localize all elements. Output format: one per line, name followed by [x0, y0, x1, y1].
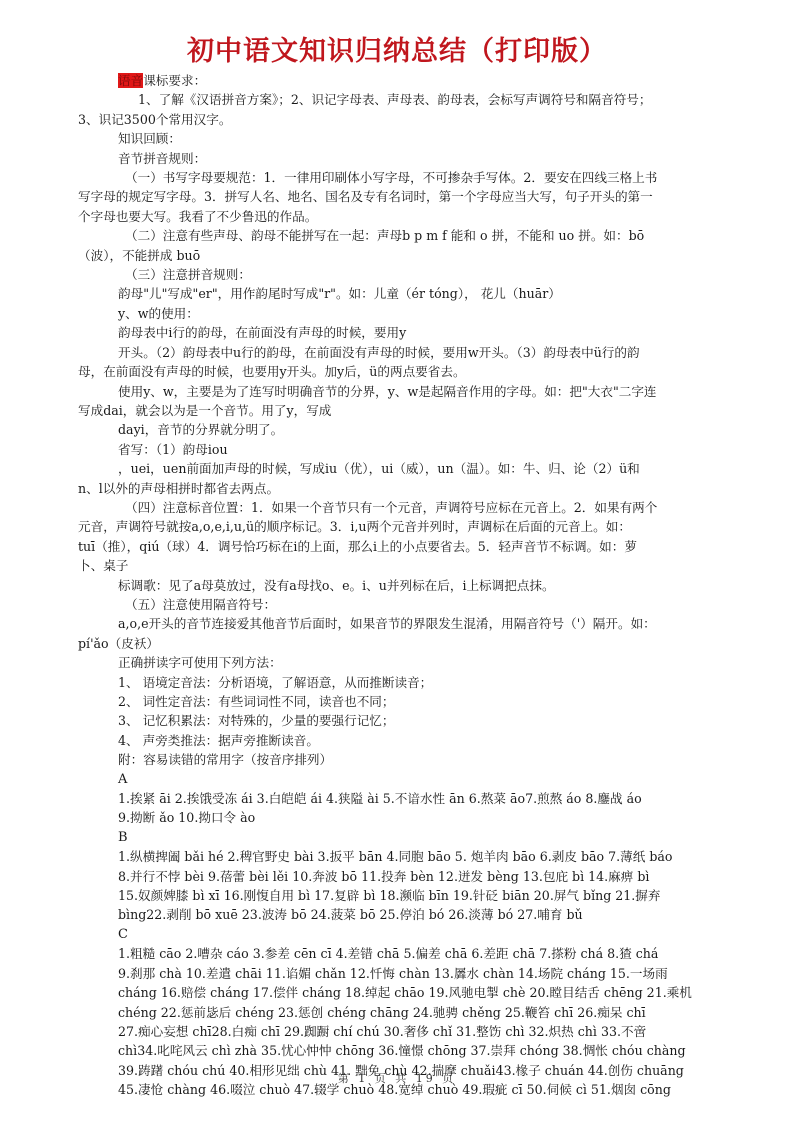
rule3-line: 韵母"儿"写成"er"，用作韵尾时写成"r"。如：儿童（ér tóng）， 花儿…: [78, 284, 720, 303]
rule1-line: （一）书写字母要规范：1．一律用印刷体小写字母，不可掺杂手写体。2．要安在四线三…: [78, 168, 720, 187]
rule2-line: （二）注意有些声母、韵母不能拼写在一起：声母b p m f 能和 o 拼，不能和…: [78, 226, 720, 245]
rule3-heading: （三）注意拼音规则：: [78, 265, 720, 284]
group-letter-a: A: [78, 770, 720, 789]
group-letter-c: C: [78, 925, 720, 944]
requirement-line: 3、识记3500个常用汉字。: [78, 110, 720, 129]
rule3-line: y、w的使用：: [78, 304, 720, 323]
rule1-line: 个字母也要大写。我看了不少鲁迅的作品。: [78, 207, 720, 226]
method-item: 4、 声旁类推法：据声旁推断读音。: [78, 731, 720, 750]
rule4-line: 标调歌：见了a母莫放过，没有a母找o、e。i、u并列标在后，i上标调把点抹。: [78, 576, 720, 595]
word-list-line: bìng22.剥削 bō xuē 23.波涛 bō 24.菠菜 bō 25.停泊…: [78, 905, 720, 924]
method-item: 2、 词性定音法：有些词词性不同，读音也不同；: [78, 692, 720, 711]
word-list-line: 8.并行不悖 bèi 9.蓓蕾 bèi lěi 10.奔波 bō 11.投奔 b…: [78, 867, 720, 886]
word-list-line: 9.拗断 ǎo 10.拗口令 ào: [78, 808, 720, 827]
rule4-line: （四）注意标音位置：1．如果一个音节只有一个元音，声调符号应标在元音上。2．如果…: [78, 498, 720, 517]
word-list-line: 1.纵横捭阖 bǎi hé 2.稗官野史 bài 3.扳平 bān 4.同胞 b…: [78, 847, 720, 866]
appendix-heading: 附：容易读错的常用字（按音序排列）: [78, 750, 720, 769]
page-footer: 第 1 页 共 19 页: [0, 1070, 794, 1086]
rule3-line: 使用y、w，主要是为了连写时明确音节的分界，y、w是起隔音作用的字母。如：把"大…: [78, 382, 720, 401]
word-list-line: chì34.叱咤风云 chì zhà 35.忧心忡忡 chōng 36.憧憬 c…: [78, 1041, 720, 1060]
rule3-line: ，uei，uen前面加声母的时候，写成iu（优），ui（威），un（温）。如：牛…: [78, 459, 720, 478]
group-letter-b: B: [78, 828, 720, 847]
review-heading: 知识回顾：: [78, 129, 720, 148]
rule5-heading: （五）注意使用隔音符号：: [78, 595, 720, 614]
word-list-line: 15.奴颜婢膝 bì xī 16.刚愎自用 bì 17.复辟 bì 18.濒临 …: [78, 886, 720, 905]
rule4-line: tuī（推），qiú（球）4．调号恰巧标在i的上面，那么i上的小点要省去。5．轻…: [78, 537, 720, 556]
rule4-line: 元音，声调符号就按a,o,e,i,u,ü的顺序标记。3．i,u两个元音并列时，声…: [78, 517, 720, 536]
section-tag-highlight: 语音: [118, 73, 143, 88]
method-item: 3、 记忆积累法：对特殊的，少量的要强行记忆；: [78, 711, 720, 730]
word-list-line: 27.痴心妄想 chī28.白痴 chī 29.踟蹰 chí chú 30.奢侈…: [78, 1022, 720, 1041]
rule3-line: 母，在前面没有声母的时候，也要用y开头。加y后，ü的两点要省去。: [78, 362, 720, 381]
rules-heading: 音节拼音规则：: [78, 149, 720, 168]
document-body: 语音课标要求： 1、了解《汉语拼音方案》；2、识记字母表、声母表、韵母表，会标写…: [78, 71, 720, 1100]
rule3-line: n、l以外的声母相拼时都省去两点。: [78, 479, 720, 498]
document-title: 初中语文知识归纳总结（打印版）: [0, 34, 794, 70]
rule5-line: a,o,e开头的音节连接爱其他音节后面时，如果音节的界限发生混淆，用隔音符号（'…: [78, 614, 720, 633]
word-list-line: cháng 16.赔偿 cháng 17.偿伴 cháng 18.绰起 chāo…: [78, 983, 720, 1002]
rule3-line: 韵母表中i行的韵母，在前面没有声母的时候，要用y: [78, 323, 720, 342]
word-list-line: 1.粗糙 cāo 2.嘈杂 cáo 3.参差 cēn cī 4.差错 chā 5…: [78, 944, 720, 963]
word-list-line: chéng 22.惩前毖后 chéng 23.惩创 chéng chāng 24…: [78, 1003, 720, 1022]
section-heading: 课标要求：: [143, 73, 206, 88]
methods-heading: 正确拼读字可使用下列方法：: [78, 653, 720, 672]
rule5-line: pí'ǎo（皮袄）: [78, 634, 720, 653]
rule2-line: （波），不能拼成 buō: [78, 246, 720, 265]
method-item: 1、 语境定音法：分析语境，了解语意，从而推断读音；: [78, 673, 720, 692]
rule3-line: 写成dai，就会以为是一个音节。用了y，写成: [78, 401, 720, 420]
word-list-line: 9.刹那 chà 10.差遣 chāi 11.谄媚 chǎn 12.忏悔 chà…: [78, 964, 720, 983]
rule1-line: 写字母的规定写字母。3．拼写人名、地名、国名及专有名词时，第一个字母应当大写，句…: [78, 187, 720, 206]
section-heading-line: 语音课标要求：: [78, 71, 720, 90]
word-list-line: 1.挨紧 āi 2.挨饿受冻 ái 3.白皑皑 ái 4.狭隘 ài 5.不谙水…: [78, 789, 720, 808]
requirement-line: 1、了解《汉语拼音方案》；2、识记字母表、声母表、韵母表，会标写声调符号和隔音符…: [78, 90, 720, 109]
rule3-line: dayi，音节的分界就分明了。: [78, 420, 720, 439]
rule4-line: 卜、桌子: [78, 556, 720, 575]
rule3-line: 开头。（2）韵母表中u行的韵母，在前面没有声母的时候，要用w开头。（3）韵母表中…: [78, 343, 720, 362]
rule3-line: 省写：（1）韵母iou: [78, 440, 720, 459]
